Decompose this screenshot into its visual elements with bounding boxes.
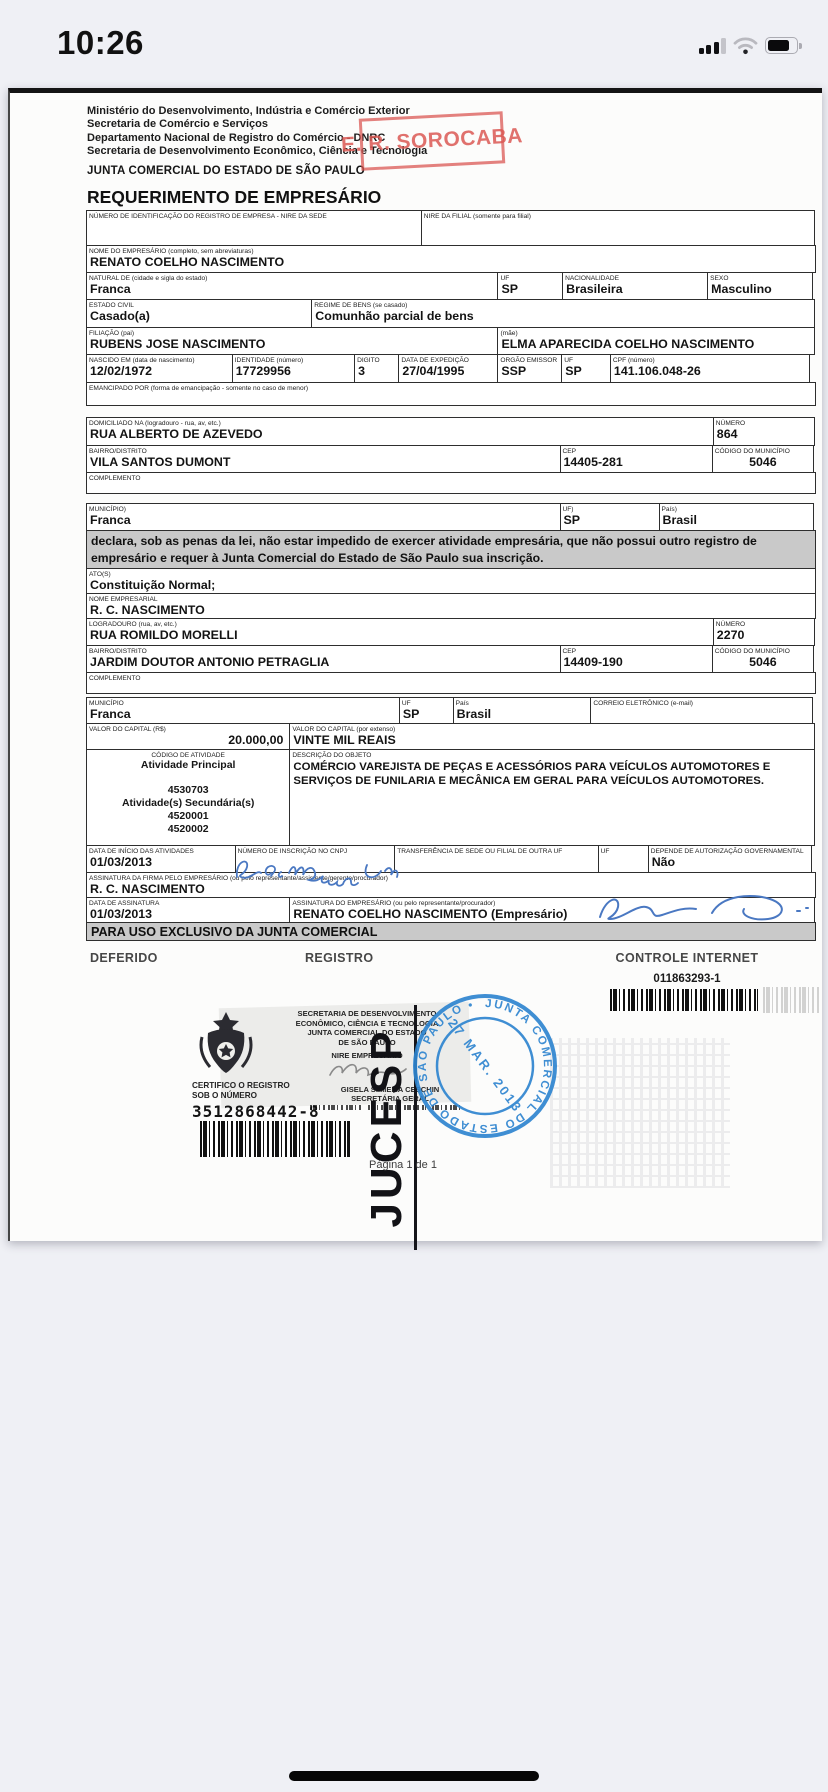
field-emp-municipio: MUNICÍPIOFranca xyxy=(86,697,400,724)
field-label: UF xyxy=(400,698,453,707)
field-emp-numero: NÚMERO2270 xyxy=(713,618,815,646)
field-dom-cep: CEP14405-281 xyxy=(560,445,713,473)
form-row: declara, sob as penas da lei, não estar … xyxy=(87,531,817,569)
field-value: 12/02/1972 xyxy=(87,364,232,379)
stamp-date: 27 MAR. 2013 xyxy=(445,1016,525,1116)
form-row: CÓDIGO DE ATIVIDADE Atividade Principal … xyxy=(87,750,817,846)
field-label: CÓDIGO DO MUNICÍPIO xyxy=(713,446,813,455)
field-label: ESTADO CIVIL xyxy=(87,300,311,309)
field-value: VILA SANTOS DUMONT xyxy=(87,455,560,470)
field-natural-uf: UFSP xyxy=(497,272,563,300)
deferido-label: DEFERIDO xyxy=(90,951,158,965)
field-data-inicio: DATA DE INÍCIO DAS ATIVIDADES01/03/2013 xyxy=(86,845,236,873)
field-label: IDENTIDADE (número) xyxy=(233,355,354,364)
form-row: MUNICÍPIOFranca UFSP PaísBrasil CORREIO … xyxy=(87,698,817,724)
iphone-screen: { "status": { "time": "10:26" }, "colors… xyxy=(0,0,828,1792)
activity-line: 4520002 xyxy=(87,823,289,836)
field-nire-filial: NIRE DA FILIAL (somente para filial) xyxy=(421,210,815,246)
field-value: 01/03/2013 xyxy=(87,907,289,922)
field-label: ASSINATURA DO EMPRESÁRIO (ou pelo repres… xyxy=(290,898,814,907)
field-emp-logradouro: LOGRADOURO (rua, av, etc.)RUA ROMILDO MO… xyxy=(86,618,714,646)
field-emp-pais: PaísBrasil xyxy=(453,697,592,724)
jucesp-round-stamp: JUNTA COMERCIAL DO ESTADO DE SÃO PAULO •… xyxy=(410,991,560,1141)
field-value: RUA ALBERTO DE AZEVEDO xyxy=(87,427,713,442)
field-orgao-emissor: ORGÃO EMISSORSSP xyxy=(497,354,562,383)
field-label: EMANCIPADO POR (forma de emancipação - s… xyxy=(87,383,815,392)
field-label: UF xyxy=(599,846,648,855)
field-capital-extenso: VALOR DO CAPITAL (por extenso)VINTE MIL … xyxy=(289,723,815,750)
field-value: SSP xyxy=(498,364,561,379)
field-label: CÓDIGO DE ATIVIDADE xyxy=(87,750,289,759)
form-row: BAIRRO/DISTRITOVILA SANTOS DUMONT CEP144… xyxy=(87,446,817,473)
field-dom-numero: NÚMERO864 xyxy=(713,417,815,446)
jucesp-vertical-stamp: JUCESP xyxy=(362,1005,417,1250)
field-value: 27/04/1995 xyxy=(399,364,497,379)
field-cpf: CPF (número)141.106.048-26 xyxy=(610,354,810,383)
field-value: Brasileira xyxy=(563,282,707,297)
field-value: Brasil xyxy=(660,513,813,528)
field-label: DIGITO xyxy=(355,355,398,364)
field-label: NÚMERO DE IDENTIFICAÇÃO DO REGISTRO DE E… xyxy=(87,211,421,220)
field-label: DOMICILIADO NA (logradouro - rua, av, et… xyxy=(87,418,713,427)
field-label: (mãe) xyxy=(498,328,814,337)
field-dom-municipio: MUNICÍPIO)Franca xyxy=(86,503,561,531)
field-value xyxy=(87,220,421,221)
field-label: FILIAÇÃO (pai) xyxy=(87,328,497,337)
field-value: Casado(a) xyxy=(87,309,311,324)
form-row: COMPLEMENTO xyxy=(87,673,817,694)
field-regime-bens: REGIME DE BENS (se casado)Comunhão parci… xyxy=(311,299,815,328)
field-label: VALOR DO CAPITAL (R$) xyxy=(87,724,289,733)
field-label: DATA DE INÍCIO DAS ATIVIDADES xyxy=(87,846,235,855)
registro-number: 3512868442-8 xyxy=(192,1102,320,1121)
field-label: NASCIDO EM (data de nascimento) xyxy=(87,355,232,364)
field-label: CEP xyxy=(561,646,712,655)
field-value: 141.106.048-26 xyxy=(611,364,809,379)
field-dom-pais: País)Brasil xyxy=(659,503,814,531)
battery-icon xyxy=(765,37,802,54)
field-dom-uf: UF)SP xyxy=(560,503,660,531)
field-value: 14409-190 xyxy=(561,655,712,670)
field-value: 864 xyxy=(714,427,814,442)
field-value: RENATO COELHO NASCIMENTO (Empresário) xyxy=(290,907,814,922)
field-transferencia: TRANSFERÊNCIA DE SEDE OU FILIAL DE OUTRA… xyxy=(394,845,598,873)
field-label: NÚMERO xyxy=(714,418,814,427)
form-row: ESTADO CIVILCasado(a) REGIME DE BENS (se… xyxy=(87,300,817,328)
field-transf-uf: UF xyxy=(598,845,649,873)
field-descricao-objeto: DESCRIÇÃO DO OBJETO COMÉRCIO VAREJISTA D… xyxy=(289,749,815,846)
field-emp-cep: CEP14409-190 xyxy=(560,645,713,673)
field-label: CEP xyxy=(561,446,712,455)
field-value: Comunhão parcial de bens xyxy=(312,309,814,324)
field-label: REGIME DE BENS (se casado) xyxy=(312,300,814,309)
field-label: BAIRRO/DISTRITO xyxy=(87,646,560,655)
field-value: 3 xyxy=(355,364,398,379)
field-value: SP xyxy=(561,513,659,528)
field-label: CÓDIGO DO MUNICÍPIO xyxy=(713,646,813,655)
field-value: 5046 xyxy=(713,655,813,670)
status-bar: 10:26 xyxy=(0,0,828,88)
field-digito: DIGITO3 xyxy=(354,354,399,383)
field-label: DATA DE ASSINATURA xyxy=(87,898,289,907)
field-depende-autorizacao: DEPENDE DE AUTORIZAÇÃO GOVERNAMENTALNão xyxy=(648,845,812,873)
field-valor-capital: VALOR DO CAPITAL (R$)20.000,00 xyxy=(86,723,290,750)
field-data-expedicao: DATA DE EXPEDIÇÃO27/04/1995 xyxy=(398,354,498,383)
cellular-signal-icon xyxy=(699,37,727,54)
field-label: NATURAL DE (cidade e sigla do estado) xyxy=(87,273,497,282)
field-value: 01/03/2013 xyxy=(87,855,235,870)
sorocaba-red-stamp: E. R. SOROCABA xyxy=(359,111,506,170)
certifico-label: CERTIFICO O REGISTRO SOB O NÚMERO xyxy=(192,1081,290,1101)
field-label: SEXO xyxy=(708,273,812,282)
field-emp-complemento: COMPLEMENTO xyxy=(86,672,816,694)
field-value: SP xyxy=(498,282,562,297)
field-natural-de: NATURAL DE (cidade e sigla do estado)Fra… xyxy=(86,272,498,300)
page-number: Página 1 de 1 xyxy=(328,1159,478,1171)
header-line: Ministério do Desenvolvimento, Indústria… xyxy=(87,105,427,118)
field-label: ORGÃO EMISSOR xyxy=(498,355,561,364)
field-value: R. C. NASCIMENTO xyxy=(87,882,815,897)
field-value: 20.000,00 xyxy=(87,733,289,748)
field-data-assinatura: DATA DE ASSINATURA01/03/2013 xyxy=(86,897,290,923)
field-label: NACIONALIDADE xyxy=(563,273,707,282)
form-row: ASSINATURA DA FIRMA PELO EMPRESÁRIO (ou … xyxy=(87,873,817,898)
form-row: DATA DE ASSINATURA01/03/2013 ASSINATURA … xyxy=(87,898,817,923)
field-nome-empresario: NOME DO EMPRESÁRIO (completo, sem abrevi… xyxy=(86,245,816,273)
field-label: NOME EMPRESARIAL xyxy=(87,594,815,603)
junta-comercial-header: JUNTA COMERCIAL DO ESTADO DE SÃO PAULO xyxy=(87,165,365,177)
field-estado-civil: ESTADO CIVILCasado(a) xyxy=(86,299,312,328)
exclusive-use-banner: PARA USO EXCLUSIVO DA JUNTA COMERCIAL xyxy=(86,922,816,941)
status-icons xyxy=(699,36,803,55)
form-row: BAIRRO/DISTRITOJARDIM DOUTOR ANTONIO PET… xyxy=(87,646,817,673)
field-label: UF xyxy=(562,355,610,364)
field-label: DEPENDE DE AUTORIZAÇÃO GOVERNAMENTAL xyxy=(649,846,811,855)
field-label: CORREIO ELETRÔNICO (e-mail) xyxy=(591,698,812,707)
ghost-barcode xyxy=(763,987,820,1013)
field-value: RUBENS JOSE NASCIMENTO xyxy=(87,337,497,352)
document-page: Ministério do Desenvolvimento, Indústria… xyxy=(8,88,822,1241)
field-label: VALOR DO CAPITAL (por extenso) xyxy=(290,724,814,733)
field-value: ELMA APARECIDA COELHO NASCIMENTO xyxy=(498,337,814,352)
field-email: CORREIO ELETRÔNICO (e-mail) xyxy=(590,697,813,724)
field-label: País) xyxy=(660,504,813,513)
clock: 10:26 xyxy=(57,24,144,62)
field-value: 17729956 xyxy=(233,364,354,379)
field-sexo: SEXOMasculino xyxy=(707,272,813,300)
form-row: DATA DE INÍCIO DAS ATIVIDADES01/03/2013 … xyxy=(87,846,817,873)
form-row: DOMICILIADO NA (logradouro - rua, av, et… xyxy=(87,418,817,446)
field-label: COMPLEMENTO xyxy=(87,673,815,682)
field-label: País xyxy=(454,698,591,707)
form-row: NOME DO EMPRESÁRIO (completo, sem abrevi… xyxy=(87,246,817,273)
scan-noise xyxy=(550,1038,730,1188)
field-value: R. C. NASCIMENTO xyxy=(87,603,815,618)
registro-label: REGISTRO xyxy=(305,951,373,965)
field-atos: ATO(S)Constituição Normal; xyxy=(86,568,816,594)
form-row: VALOR DO CAPITAL (R$)20.000,00 VALOR DO … xyxy=(87,724,817,750)
field-nascido-em: NASCIDO EM (data de nascimento)12/02/197… xyxy=(86,354,233,383)
form-row: NOME EMPRESARIALR. C. NASCIMENTO xyxy=(87,594,817,619)
field-label: CPF (número) xyxy=(611,355,809,364)
field-value: VINTE MIL REAIS xyxy=(290,733,814,748)
form-row: NASCIDO EM (data de nascimento)12/02/197… xyxy=(87,355,817,383)
form-row: PARA USO EXCLUSIVO DA JUNTA COMERCIAL xyxy=(87,923,817,941)
field-value: Brasil xyxy=(454,707,591,722)
field-value: COMÉRCIO VAREJISTA DE PEÇAS E ACESSÓRIOS… xyxy=(290,759,814,788)
field-filiacao-pai: FILIAÇÃO (pai)RUBENS JOSE NASCIMENTO xyxy=(86,327,498,355)
field-label: MUNICÍPIO xyxy=(87,698,399,707)
certifico-line: CERTIFICO O REGISTRO xyxy=(192,1081,290,1091)
field-value: 14405-281 xyxy=(561,455,712,470)
field-value: RENATO COELHO NASCIMENTO xyxy=(87,255,815,270)
field-filiacao-mae: (mãe)ELMA APARECIDA COELHO NASCIMENTO xyxy=(497,327,815,355)
field-domiciliado: DOMICILIADO NA (logradouro - rua, av, et… xyxy=(86,417,714,446)
field-assinatura-firma: ASSINATURA DA FIRMA PELO EMPRESÁRIO (ou … xyxy=(86,872,816,898)
field-label: BAIRRO/DISTRITO xyxy=(87,446,560,455)
field-dom-bairro: BAIRRO/DISTRITOVILA SANTOS DUMONT xyxy=(86,445,561,473)
banner-text: PARA USO EXCLUSIVO DA JUNTA COMERCIAL xyxy=(87,923,815,941)
field-value: JARDIM DOUTOR ANTONIO PETRAGLIA xyxy=(87,655,560,670)
field-nome-empresarial: NOME EMPRESARIALR. C. NASCIMENTO xyxy=(86,593,816,619)
field-emp-bairro: BAIRRO/DISTRITOJARDIM DOUTOR ANTONIO PET… xyxy=(86,645,561,673)
field-dom-cod-municipio: CÓDIGO DO MUNICÍPIO5046 xyxy=(712,445,814,473)
field-emp-uf: UFSP xyxy=(399,697,454,724)
form-row: NÚMERO DE IDENTIFICAÇÃO DO REGISTRO DE E… xyxy=(87,211,817,246)
form-row: LOGRADOURO (rua, av, etc.)RUA ROMILDO MO… xyxy=(87,619,817,646)
field-value xyxy=(422,220,814,221)
field-value: Franca xyxy=(87,282,497,297)
field-emp-cod-municipio: CÓDIGO DO MUNICÍPIO5046 xyxy=(712,645,814,673)
field-label: DATA DE EXPEDIÇÃO xyxy=(399,355,497,364)
field-nire-sede: NÚMERO DE IDENTIFICAÇÃO DO REGISTRO DE E… xyxy=(86,210,422,246)
form-row: ATO(S)Constituição Normal; xyxy=(87,569,817,594)
form-row: COMPLEMENTO xyxy=(87,473,817,494)
home-indicator[interactable] xyxy=(289,1771,539,1781)
field-label: ASSINATURA DA FIRMA PELO EMPRESÁRIO (ou … xyxy=(87,873,815,882)
page-title: REQUERIMENTO DE EMPRESÁRIO xyxy=(87,187,381,208)
field-orgao-uf: UFSP xyxy=(561,354,611,383)
controle-internet-label: CONTROLE INTERNET xyxy=(602,951,772,965)
form-row: FILIAÇÃO (pai)RUBENS JOSE NASCIMENTO (mã… xyxy=(87,328,817,355)
field-codigo-atividade: CÓDIGO DE ATIVIDADE Atividade Principal … xyxy=(86,749,290,846)
field-value: Constituição Normal; xyxy=(87,578,815,593)
field-label: MUNICÍPIO) xyxy=(87,504,560,513)
form-row: EMANCIPADO POR (forma de emancipação - s… xyxy=(87,383,817,406)
registro-barcode xyxy=(200,1121,350,1157)
field-label: DESCRIÇÃO DO OBJETO xyxy=(290,750,814,759)
field-label: ATO(S) xyxy=(87,569,815,578)
field-label: NÚMERO xyxy=(714,619,814,628)
activity-line: Atividade Principal xyxy=(87,759,289,772)
field-value: RUA ROMILDO MORELLI xyxy=(87,628,713,643)
field-dom-complemento: COMPLEMENTO xyxy=(86,472,816,494)
field-label: NIRE DA FILIAL (somente para filial) xyxy=(422,211,814,220)
activity-line: 4530703 xyxy=(87,784,289,797)
field-label: LOGRADOURO (rua, av, etc.) xyxy=(87,619,713,628)
field-value: SP xyxy=(400,707,453,722)
field-value: 5046 xyxy=(713,455,813,470)
field-identidade: IDENTIDADE (número)17729956 xyxy=(232,354,355,383)
wifi-icon xyxy=(733,36,758,55)
activity-line: 4520001 xyxy=(87,810,289,823)
field-value: SP xyxy=(562,364,610,379)
field-label: UF xyxy=(498,273,562,282)
field-nacionalidade: NACIONALIDADEBrasileira xyxy=(562,272,708,300)
field-value: Não xyxy=(649,855,811,870)
field-value: Masculino xyxy=(708,282,812,297)
field-label: COMPLEMENTO xyxy=(87,473,815,482)
sob-numero-line: SOB O NÚMERO xyxy=(192,1091,290,1101)
field-assinatura-empresario: ASSINATURA DO EMPRESÁRIO (ou pelo repres… xyxy=(289,897,815,923)
field-value: Franca xyxy=(87,707,399,722)
field-value: 2270 xyxy=(714,628,814,643)
form-row: MUNICÍPIO)Franca UF)SP País)Brasil xyxy=(87,504,817,531)
controle-barcode xyxy=(610,989,758,1011)
coat-of-arms-icon xyxy=(194,1011,258,1079)
form-row: NATURAL DE (cidade e sigla do estado)Fra… xyxy=(87,273,817,300)
field-emancipado: EMANCIPADO POR (forma de emancipação - s… xyxy=(86,382,816,406)
field-label: NOME DO EMPRESÁRIO (completo, sem abrevi… xyxy=(87,246,815,255)
field-value: Franca xyxy=(87,513,560,528)
activity-line: Atividade(s) Secundária(s) xyxy=(87,797,289,810)
declaration-text: declara, sob as penas da lei, não estar … xyxy=(87,531,815,569)
form-table: NÚMERO DE IDENTIFICAÇÃO DO REGISTRO DE E… xyxy=(87,211,817,941)
field-label: NÚMERO DE INSCRIÇÃO NO CNPJ xyxy=(236,846,395,855)
field-label: UF) xyxy=(561,504,659,513)
field-label: TRANSFERÊNCIA DE SEDE OU FILIAL DE OUTRA… xyxy=(395,846,597,855)
declaration-banner: declara, sob as penas da lei, não estar … xyxy=(86,530,816,569)
field-cnpj: NÚMERO DE INSCRIÇÃO NO CNPJ xyxy=(235,845,396,873)
controle-internet-number: 011863293-1 xyxy=(602,973,772,985)
